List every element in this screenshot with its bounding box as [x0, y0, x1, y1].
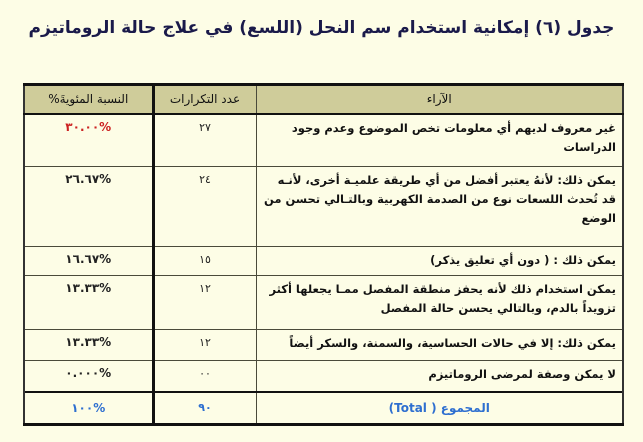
percent-cell: %٠.٠٠٠ [24, 360, 153, 392]
percent-cell: %١٣.٣٣ [24, 275, 153, 329]
count-cell: ٠٠ [153, 360, 256, 392]
opinion-cell: غير معروف لديهم أي معلومات تخص الموضوع و… [256, 114, 623, 167]
page-title: جدول (٦) إمكانية استخدام سم النحل (اللسع… [0, 18, 643, 38]
percent-cell: %١٦.٦٧ [24, 246, 153, 275]
percent-cell: %٣٠.٠٠ [24, 114, 153, 167]
count-cell: ١٢ [153, 329, 256, 360]
table-header-row: الآراء عدد التكرارات النسبة المئويةَ% [24, 85, 623, 114]
count-cell: ٢٤ [153, 166, 256, 246]
opinion-cell: يمكن استخدام ذلك لأنه يحفز منطقة المفصل … [256, 275, 623, 329]
header-opinion: الآراء [256, 85, 623, 114]
count-cell: ٢٧ [153, 114, 256, 167]
table-row: غير معروف لديهم أي معلومات تخص الموضوع و… [24, 114, 623, 167]
total-percent: %١٠٠ [24, 392, 153, 425]
total-label: المجموع ( Total) [256, 392, 623, 425]
table-row: يمكن ذلك: إلا في حالات الحساسية، والسمنة… [24, 329, 623, 360]
percent-cell: %١٣.٣٣ [24, 329, 153, 360]
results-table-container: الآراء عدد التكرارات النسبة المئويةَ% غي… [23, 83, 622, 426]
total-row: المجموع ( Total) ٩٠ %١٠٠ [24, 392, 623, 425]
percent-cell: %٢٦.٦٧ [24, 166, 153, 246]
total-count: ٩٠ [153, 392, 256, 425]
results-table: الآراء عدد التكرارات النسبة المئويةَ% غي… [23, 83, 624, 426]
table-row: يمكن استخدام ذلك لأنه يحفز منطقة المفصل … [24, 275, 623, 329]
header-percent: النسبة المئويةَ% [24, 85, 153, 114]
table-row: لا يمكن وصفة لمرضى الروماتيزم ٠٠ %٠.٠٠٠ [24, 360, 623, 392]
opinion-cell: يمكن ذلك: لأنهُ يعتبر أفضل من أي طريقة ع… [256, 166, 623, 246]
opinion-cell: يمكن ذلك: إلا في حالات الحساسية، والسمنة… [256, 329, 623, 360]
table-row: يمكن ذلك: لأنهُ يعتبر أفضل من أي طريقة ع… [24, 166, 623, 246]
opinion-cell: لا يمكن وصفة لمرضى الروماتيزم [256, 360, 623, 392]
count-cell: ١٢ [153, 275, 256, 329]
header-count: عدد التكرارات [153, 85, 256, 114]
count-cell: ١٥ [153, 246, 256, 275]
table-row: يمكن ذلك : ( دون أي تعليق يذكر) ١٥ %١٦.٦… [24, 246, 623, 275]
opinion-cell: يمكن ذلك : ( دون أي تعليق يذكر) [256, 246, 623, 275]
